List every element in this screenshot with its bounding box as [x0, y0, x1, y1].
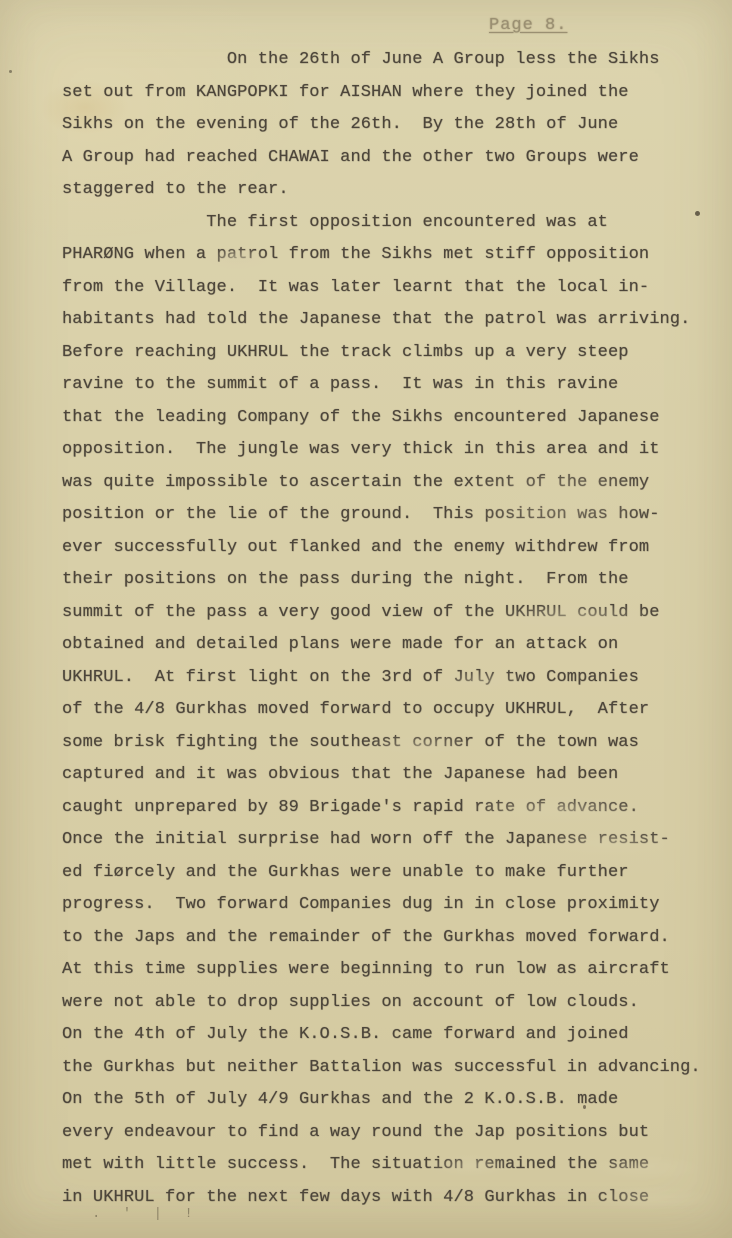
text-line: opposition. The jungle was very thick in… — [62, 434, 712, 467]
text-line: of the 4/8 Gurkhas moved forward to occu… — [62, 694, 712, 727]
text-line: ed fiørcely and the Gurkhas were unable … — [62, 857, 712, 890]
text-line: UKHRUL. At first light on the 3rd of Jul… — [62, 662, 712, 695]
text-line: The first opposition encountered was at — [62, 207, 712, 240]
text-line: some brisk fighting the southeast corner… — [62, 727, 712, 760]
ink-speck — [9, 70, 12, 73]
text-line: to the Japs and the remainder of the Gur… — [62, 922, 712, 955]
text-line: staggered to the rear. — [62, 174, 712, 207]
text-line: the Gurkhas but neither Battalion was su… — [62, 1052, 712, 1085]
text-line: On the 5th of July 4/9 Gurkhas and the 2… — [62, 1084, 712, 1117]
text-line: progress. Two forward Companies dug in i… — [62, 889, 712, 922]
text-line: was quite impossible to ascertain the ex… — [62, 467, 712, 500]
text-line: At this time supplies were beginning to … — [62, 954, 712, 987]
text-line: were not able to drop supplies on accoun… — [62, 987, 712, 1020]
ink-speck — [583, 1105, 586, 1109]
text-line: every endeavour to find a way round the … — [62, 1117, 712, 1150]
text-line: habitants had told the Japanese that the… — [62, 304, 712, 337]
text-line: Once the initial surprise had worn off t… — [62, 824, 712, 857]
text-line: set out from KANGPOPKI for AISHAN where … — [62, 77, 712, 110]
document-body: On the 26th of June A Group less the Sik… — [62, 44, 712, 1214]
text-line: position or the lie of the ground. This … — [62, 499, 712, 532]
text-line: A Group had reached CHAWAI and the other… — [62, 142, 712, 175]
page-number: Page 8. — [489, 16, 567, 35]
text-line: On the 26th of June A Group less the Sik… — [62, 44, 712, 77]
cutoff-line-marks: . ' | ! — [92, 1206, 200, 1222]
text-line: summit of the pass a very good view of t… — [62, 597, 712, 630]
text-line: their positions on the pass during the n… — [62, 564, 712, 597]
text-line: met with little success. The situation r… — [62, 1149, 712, 1182]
text-line: ravine to the summit of a pass. It was i… — [62, 369, 712, 402]
text-line: from the Village. It was later learnt th… — [62, 272, 712, 305]
text-line: ever successfully out flanked and the en… — [62, 532, 712, 565]
text-line: obtained and detailed plans were made fo… — [62, 629, 712, 662]
text-line: Before reaching UKHRUL the track climbs … — [62, 337, 712, 370]
text-line: PHARØNG when a patrol from the Sikhs met… — [62, 239, 712, 272]
text-line: captured and it was obvious that the Jap… — [62, 759, 712, 792]
text-line: that the leading Company of the Sikhs en… — [62, 402, 712, 435]
ink-speck — [695, 211, 700, 216]
text-line: caught unprepared by 89 Brigade's rapid … — [62, 792, 712, 825]
text-line: On the 4th of July the K.O.S.B. came for… — [62, 1019, 712, 1052]
text-line: Sikhs on the evening of the 26th. By the… — [62, 109, 712, 142]
